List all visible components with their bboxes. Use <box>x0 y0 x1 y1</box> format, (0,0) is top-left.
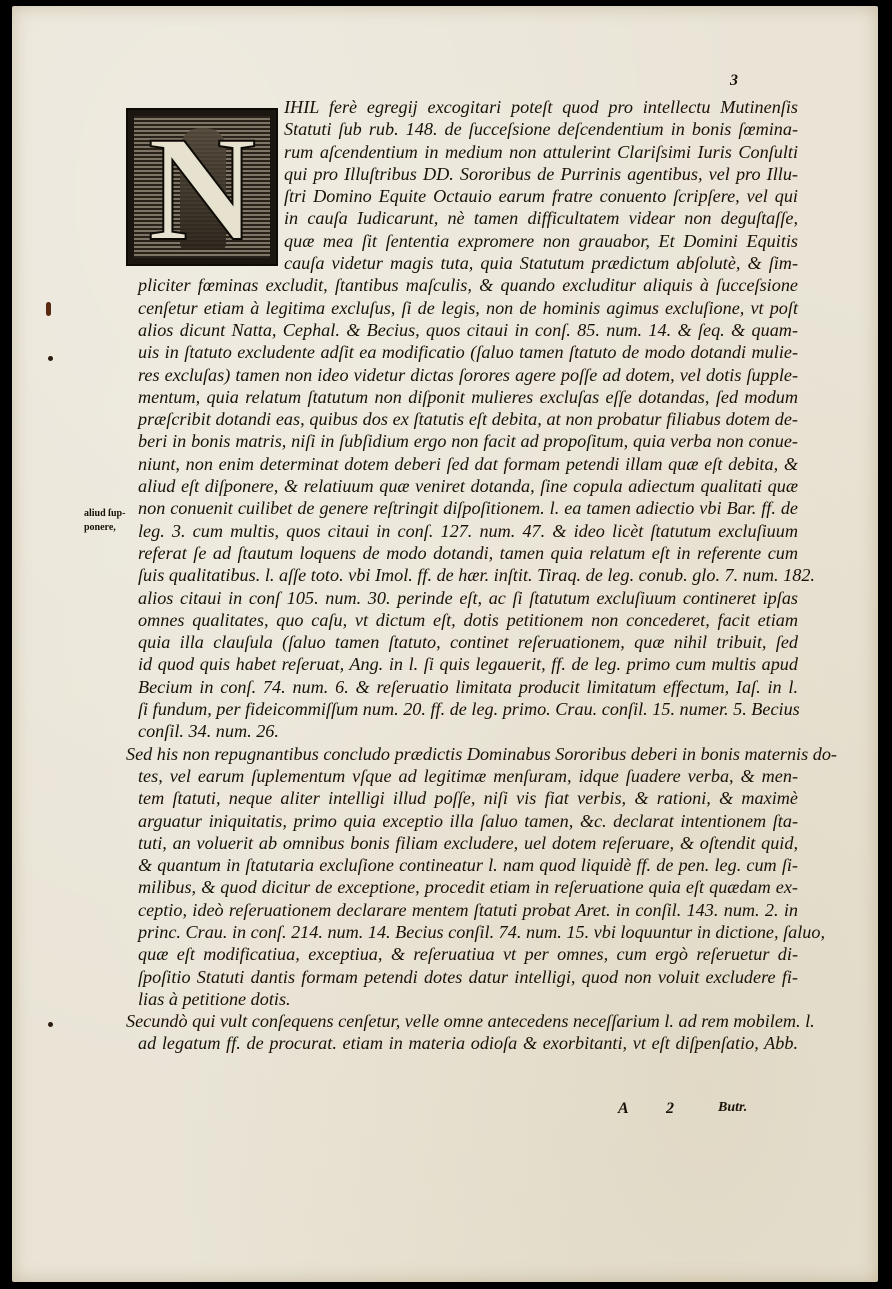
text-line: omnes qualitates, quo caſu, vt dictum eſ… <box>126 609 798 631</box>
page-number: 3 <box>730 72 738 90</box>
signature-mark: A <box>618 1100 629 1118</box>
text-line: cenſetur etiam à legitima excluſus, ſi d… <box>126 297 798 319</box>
text-line: ad legatum ff. de procurat. etiam in mat… <box>126 1032 798 1054</box>
catchword: Butr. <box>718 1100 747 1116</box>
text-line: Sed his non repugnantibus concludo prædi… <box>126 743 798 765</box>
text-line: conſil. 34. num. 26. <box>126 720 798 742</box>
text-line: quæ eſt modificatiua, exceptiua, & reſer… <box>126 943 798 965</box>
text-line: rum aſcendentium in medium non attulerin… <box>126 141 798 163</box>
text-line: quæ mea ſit ſententia expromere non grau… <box>126 230 798 252</box>
text-line: non conuenit cuilibet de genere reſtring… <box>126 497 798 519</box>
text-line: Secundò qui vult conſequens cenſetur, ve… <box>126 1010 798 1032</box>
text-line: res excluſas) tamen non ideo videtur dic… <box>126 364 798 386</box>
margin-note-line: aliud ſup- <box>84 507 144 521</box>
main-text: IHIL ferè egregij excogitari poteſt quod… <box>126 96 798 1055</box>
text-line: ſi fundum, per fideicommiſſum num. 20. f… <box>126 698 798 720</box>
text-line: tem ſtatuti, neque aliter intelligi illu… <box>126 787 798 809</box>
text-line: milibus, & quod dicitur de exceptione, p… <box>126 876 798 898</box>
text-line: leg. 3. cum multis, quos citaui in conſ.… <box>126 520 798 542</box>
text-line: pliciter fœminas excludit, ſtantibus maſ… <box>126 274 798 296</box>
text-line: Becium in conſ. 74. num. 6. & reſeruatio… <box>126 676 798 698</box>
text-line: beri in bonis matris, niſi in ſubſidium … <box>126 430 798 452</box>
text-line: niunt, non enim determinat dotem deberi … <box>126 453 798 475</box>
text-line: in cauſa Iudicarunt, nè tamen difficulta… <box>126 207 798 229</box>
ink-spot <box>48 1022 53 1027</box>
text-line: qui pro Illuſtribus DD. Sororibus de Pur… <box>126 163 798 185</box>
paragraph-3: Secundò qui vult conſequens cenſetur, ve… <box>126 1010 798 1055</box>
paragraph-1-intro: IHIL ferè egregij excogitari poteſt quod… <box>126 96 798 274</box>
text-line: alios citaui in conſ 105. num. 30. perin… <box>126 587 798 609</box>
text-line: quia illa clauſula (ſaluo tamen ſtatuto,… <box>126 631 798 653</box>
text-line: cauſa videtur magis tuta, quia Statutum … <box>126 252 798 274</box>
text-line: tuti, an voluerit ab omnibus bonis filia… <box>126 832 798 854</box>
margin-note: aliud ſup- ponere, <box>84 507 144 535</box>
text-line: præſcribit dotandi eas, quibus dos ex ſt… <box>126 408 798 430</box>
signature-number: 2 <box>666 1100 674 1118</box>
text-line: ceptio, ideò reſeruationem declarare men… <box>126 899 798 921</box>
text-line: & quantum in ſtatutaria excluſione conti… <box>126 854 798 876</box>
paragraph-1-body: pliciter fœminas excludit, ſtantibus maſ… <box>126 274 798 742</box>
text-line: referat ſe ad ſtautum loquens de modo do… <box>126 542 798 564</box>
text-line: arguatur iniquitatis, primo quia excepti… <box>126 810 798 832</box>
ink-spot <box>48 356 53 361</box>
text-line: Statuti ſub rub. 148. de ſucceſsione deſ… <box>126 118 798 140</box>
text-line: alios dicunt Natta, Cephal. & Becius, qu… <box>126 319 798 341</box>
paragraph-2: Sed his non repugnantibus concludo prædi… <box>126 743 798 1011</box>
text-line: mentum, quia relatum ſtatutum non diſpon… <box>126 386 798 408</box>
text-line: ſpoſitio Statuti dantis formam petendi d… <box>126 966 798 988</box>
text-line: princ. Crau. in conſ. 214. num. 14. Beci… <box>126 921 798 943</box>
text-line: tes, vel earum ſuplementum vſque ad legi… <box>126 765 798 787</box>
text-line: IHIL ferè egregij excogitari poteſt quod… <box>126 96 798 118</box>
text-line: aliud eſt diſponere, & relatiuum quæ ven… <box>126 475 798 497</box>
text-line: ſuis qualitatibus. l. aſſe toto. vbi Imo… <box>126 564 798 586</box>
ink-stain <box>46 302 51 316</box>
margin-note-line: ponere, <box>84 521 144 535</box>
text-line: ſtri Domino Equite Octauio earum fratre … <box>126 185 798 207</box>
text-line: lias à petitione dotis. <box>126 988 798 1010</box>
text-line: id quod quis habet reſeruat, Ang. in l. … <box>126 653 798 675</box>
text-line: uis in ſtatuto excludente adſit ea modif… <box>126 341 798 363</box>
